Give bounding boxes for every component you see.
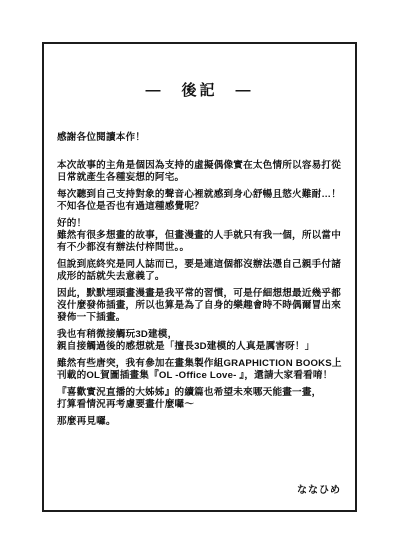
afterword-page: ― 後記 ― 感謝各位閱讀本作！ 本次故事的主角是個因為支持的虛擬偶像實在太色情… — [0, 0, 400, 556]
afterword-paragraph: 雖然有些唐突，我有參加在畫集製作組GRAPHICTION BOOKS上 刊載的O… — [57, 358, 349, 382]
afterword-paragraph: 因此，默默埋頭畫漫畫是我平常的習慣，可是仔細想想最近幾乎都 沒什麼發佈插畫，所以… — [57, 288, 349, 324]
afterword-paragraph: 好的！ 雖然有很多想畫的故事，但畫漫畫的人手就只有我一個，所以當中 有不少都沒有… — [57, 218, 349, 254]
afterword-paragraph: 那麼再見囉。 — [57, 416, 349, 428]
author-signature: ななひめ — [297, 481, 341, 496]
afterword-paragraph: 本次故事的主角是個因為支持的虛擬偶像實在太色情所以容易打從 日常就產生各種妄想的… — [57, 160, 349, 184]
afterword-paragraph: 感謝各位閱讀本作！ — [57, 132, 349, 144]
afterword-paragraph: 每次聽到自己支持對象的聲音心裡就感到身心舒暢且慾火難耐…！ 不知各位是否也有過這… — [57, 189, 349, 213]
page-title: ― 後記 ― — [44, 79, 355, 100]
afterword-text-block: 感謝各位閱讀本作！ 本次故事的主角是個因為支持的虛擬偶像實在太色情所以容易打從 … — [44, 132, 355, 428]
afterword-paragraph: 我也有稍微接觸玩3D建模， 親自接觸過後的感想就是「擅長3D建模的人真是厲害呀！… — [57, 329, 349, 353]
afterword-paragraph: 但說到底終究是同人誌而已，要是連這個都沒辦法憑自己親手付諸 成形的話就失去意義了… — [57, 259, 349, 283]
page-border-frame: ― 後記 ― 感謝各位閱讀本作！ 本次故事的主角是個因為支持的虛擬偶像實在太色情… — [42, 42, 357, 512]
afterword-paragraph: 『喜歡實況直播的大姊姊』的續篇也希望未來哪天能畫一畫， 打算看情況再考慮要畫什麼… — [57, 387, 349, 411]
